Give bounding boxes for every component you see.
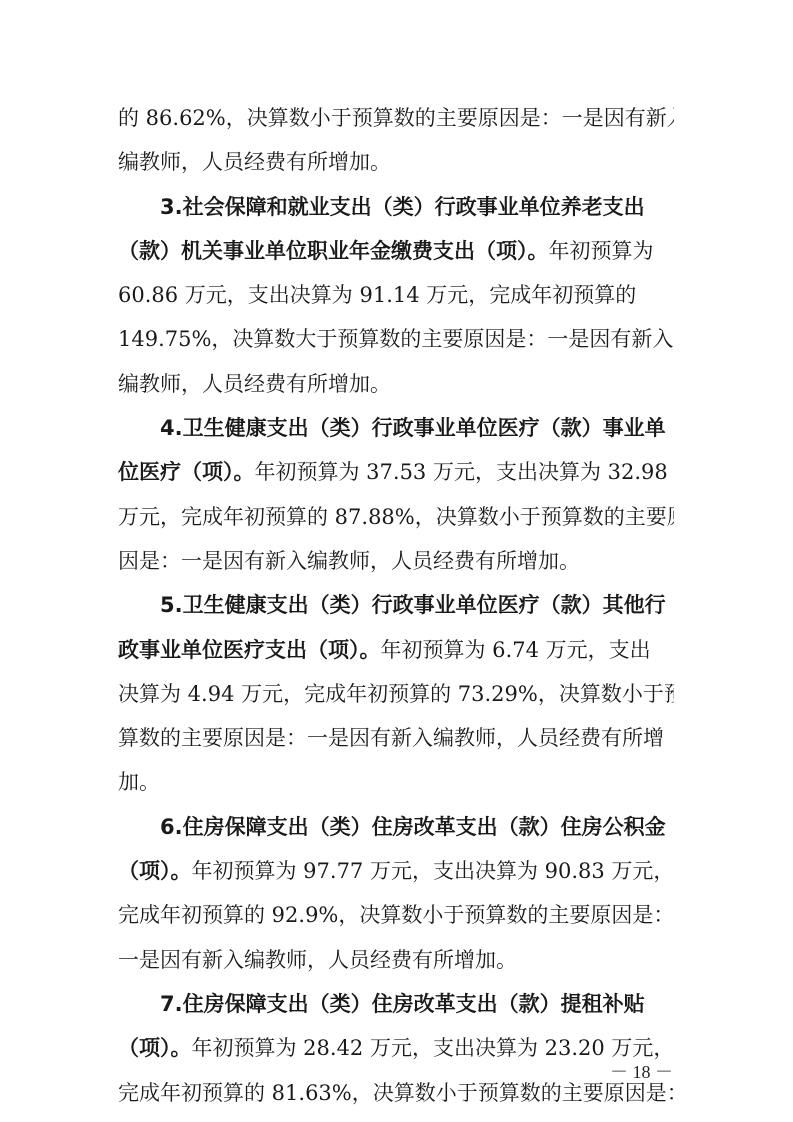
text-line: 位医疗（项）。年初预算为 37.53 万元，支出决算为 32.98 bbox=[118, 450, 674, 494]
text-line: 万元，完成年初预算的 87.88%，决算数小于预算数的主要原 bbox=[118, 495, 674, 539]
text-line: 的 86.62%，决算数小于预算数的主要原因是：一是因有新入 bbox=[118, 96, 674, 140]
text-line: 一是因有新入编教师，人员经费有所增加。 bbox=[118, 938, 674, 982]
section-heading-4: 4.卫生健康支出（类）行政事业单位医疗（款）事业单 bbox=[118, 406, 674, 450]
text-line: 编教师，人员经费有所增加。 bbox=[118, 362, 674, 406]
text-line: 算数的主要原因是：一是因有新入编教师，人员经费有所增 bbox=[118, 716, 674, 760]
section-heading-3: 3.社会保障和就业支出（类）行政事业单位养老支出 bbox=[118, 185, 674, 229]
text-line: 决算为 4.94 万元，完成年初预算的 73.29%，决算数小于预 bbox=[118, 672, 674, 716]
section-heading-7: 7.住房保障支出（类）住房改革支出（款）提租补贴 bbox=[118, 982, 674, 1026]
document-page: 的 86.62%，决算数小于预算数的主要原因是：一是因有新入 编教师，人员经费有… bbox=[118, 96, 674, 1115]
section-heading-5: 5.卫生健康支出（类）行政事业单位医疗（款）其他行 bbox=[118, 583, 674, 627]
page-number: － 18 － bbox=[0, 1058, 793, 1084]
text-line: 完成年初预算的 92.9%，决算数小于预算数的主要原因是： bbox=[118, 893, 674, 937]
text-line: （项）。年初预算为 97.77 万元，支出决算为 90.83 万元， bbox=[118, 849, 674, 893]
text-line: 因是：一是因有新入编教师，人员经费有所增加。 bbox=[118, 539, 674, 583]
text-line: 编教师，人员经费有所增加。 bbox=[118, 140, 674, 184]
text-line: 政事业单位医疗支出（项）。年初预算为 6.74 万元，支出 bbox=[118, 628, 674, 672]
section-heading-6: 6.住房保障支出（类）住房改革支出（款）住房公积金 bbox=[118, 805, 674, 849]
text-line: 60.86 万元，支出决算为 91.14 万元，完成年初预算的 bbox=[118, 273, 674, 317]
text-line: 加。 bbox=[118, 760, 674, 804]
text-line: （款）机关事业单位职业年金缴费支出（项）。年初预算为 bbox=[118, 229, 674, 273]
text-line: 149.75%，决算数大于预算数的主要原因是：一是因有新入 bbox=[118, 317, 674, 361]
